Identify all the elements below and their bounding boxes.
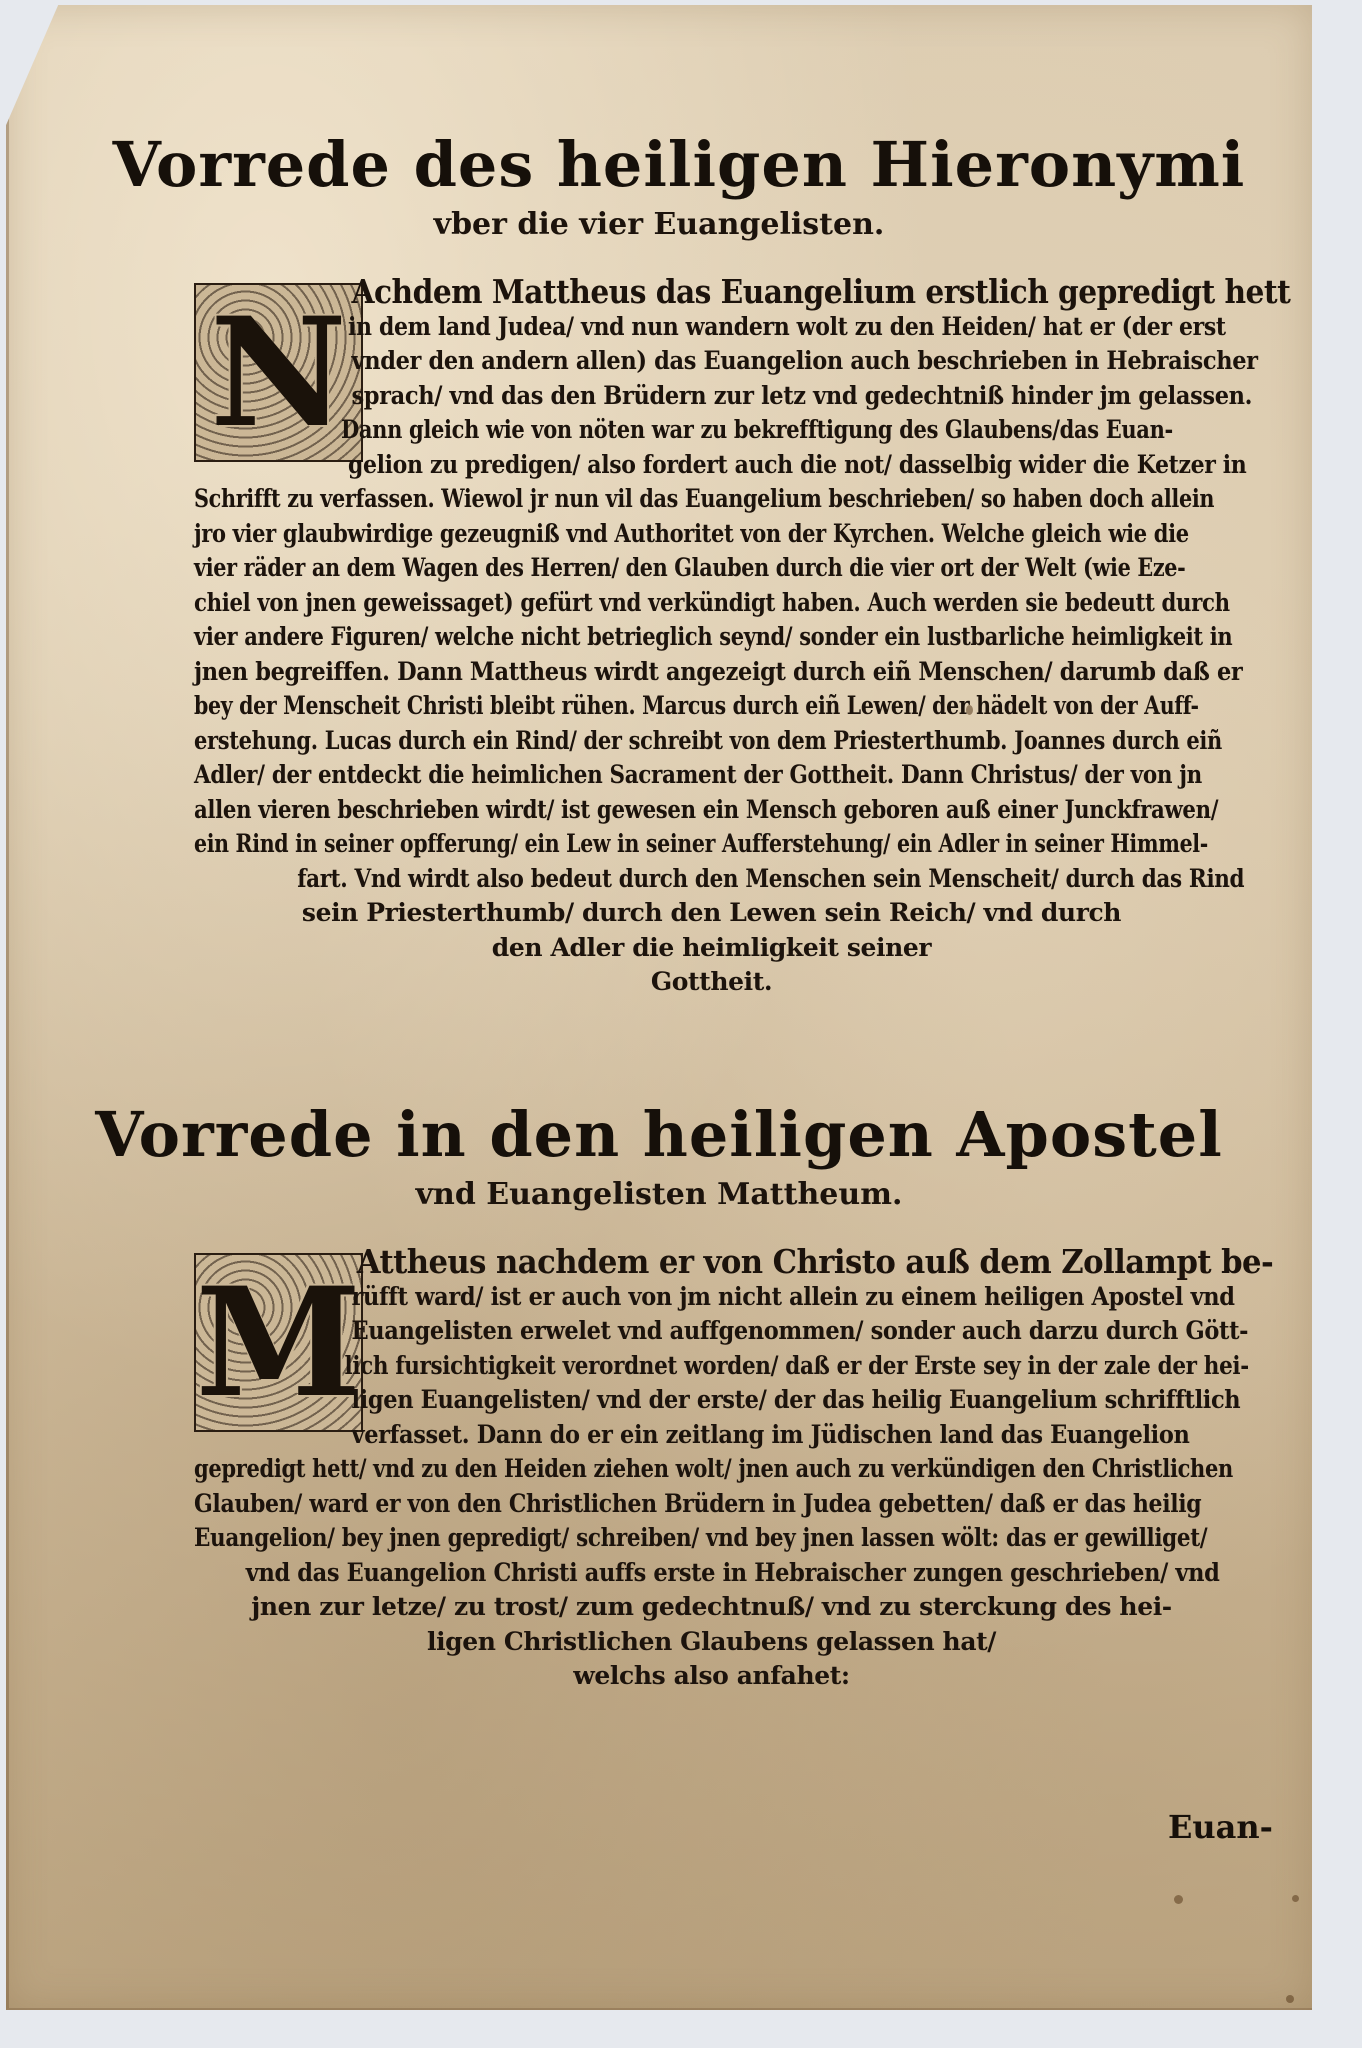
text-line: Schrifft zu verfassen. Wiewol jr nun vil… <box>194 482 1053 517</box>
text-line: jnen zur letze/ zu trost/ zum gedechtnuß… <box>194 1590 1229 1625</box>
text-line: lich fursichtigkeit verordnet worden/ da… <box>194 1349 1084 1384</box>
text-line: gelion zu predigen/ also fordert auch di… <box>194 448 1105 483</box>
text-line: jro vier glaubwirdige gezeugniß vnd Auth… <box>194 517 1063 552</box>
text-line: den Adler die heimligkeit seiner <box>194 931 1229 966</box>
text-line: vnd das Euangelion Christi auffs erste i… <box>246 1556 1178 1591</box>
text-line: ligen Christlichen Glaubens gelassen hat… <box>194 1625 1229 1660</box>
text-line: vier andere Figuren/ welche nicht betrie… <box>194 620 1063 655</box>
text-line: ligen Euangelisten/ vnd der erste/ der d… <box>194 1383 1126 1418</box>
section-subtitle: vber die vier Euangelisten. <box>6 205 1312 245</box>
text-line: sprach/ vnd das den Brüdern zur letz vnd… <box>194 379 1126 414</box>
text-line: welchs also anfahet: <box>194 1659 1229 1694</box>
text-line: bey der Menscheit Christi bleibt rühen. … <box>194 689 1043 724</box>
text-line: Achdem Mattheus das Euangelium erstlich … <box>194 275 1126 310</box>
section-subtitle: vnd Euangelisten Mattheum. <box>6 1175 1312 1215</box>
paper-spot <box>966 705 973 715</box>
text-line: Attheus nachdem er von Christo auß dem Z… <box>194 1245 1157 1280</box>
text-line: rüfft ward/ ist er auch von jm nicht all… <box>194 1280 1126 1315</box>
text-line: Glauben/ ward er von den Christlichen Br… <box>194 1487 1105 1522</box>
text-line: in dem land Judea/ vnd nun wandern wolt … <box>194 310 1105 345</box>
text-line: Euangelion/ bey jnen gepredigt/ schreibe… <box>194 1521 1084 1556</box>
text-line: vier räder an dem Wagen des Herren/ den … <box>194 551 1053 586</box>
text-line: gepredigt hett/ vnd zu den Heiden ziehen… <box>194 1452 1063 1487</box>
text-line: Dann gleich wie von nöten war zu bekreff… <box>194 413 1063 448</box>
text-line: vnder den andern allen) das Euangelion a… <box>194 344 1126 379</box>
paper-spot <box>1292 1895 1299 1902</box>
section-hieronymus-preface: Vorrede des heiligen Hieronymi vber die … <box>6 125 1312 1000</box>
text-line: ein Rind in seiner opfferung/ ein Lew in… <box>194 827 1043 862</box>
paper-spot <box>1174 1895 1183 1904</box>
text-line: jnen begreiffen. Dann Mattheus wirdt ang… <box>194 655 1126 690</box>
paper-spot <box>1286 1995 1294 2003</box>
text-line: Euangelisten erwelet vnd auffgenommen/ s… <box>194 1314 1126 1349</box>
catchword: Euan- <box>1168 1808 1273 1846</box>
text-line: Gottheit. <box>194 965 1229 1000</box>
section-title: Vorrede des heiligen Hieronymi <box>46 125 1312 205</box>
text-line: chiel von jnen geweissaget) gefürt vnd v… <box>194 586 1074 621</box>
section-title: Vorrede in den heiligen Apostel <box>6 1095 1312 1175</box>
text-line: fart. Vnd wirdt also bedeut durch den Me… <box>194 862 1084 897</box>
text-line: verfasset. Dann do er ein zeitlang im Jü… <box>194 1418 1126 1453</box>
parchment-page: Vorrede des heiligen Hieronymi vber die … <box>6 5 1312 2010</box>
text-line: allen vieren beschrieben wirdt/ ist gewe… <box>194 793 1074 828</box>
text-line: Adler/ der entdeckt die heimlichen Sacra… <box>194 758 1084 793</box>
text-line: erstehung. Lucas durch ein Rind/ der sch… <box>194 724 1063 759</box>
text-line: sein Priesterthumb/ durch den Lewen sein… <box>194 896 1229 931</box>
section-body: M Attheus nachdem er von Christo auß dem… <box>194 1245 1229 1694</box>
section-matthew-preface: Vorrede in den heiligen Apostel vnd Euan… <box>6 1095 1312 1694</box>
section-body: N Achdem Mattheus das Euangelium erstlic… <box>194 275 1229 1000</box>
